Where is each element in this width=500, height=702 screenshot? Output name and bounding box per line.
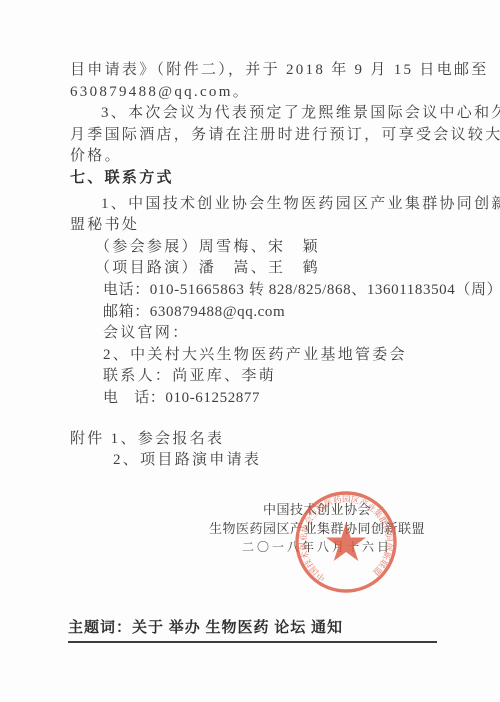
contact1-roadshow-contacts: （项目路演）潘 嵩、王 鹤 (70, 258, 435, 280)
paragraph-hotels-line-3: 价格。 (70, 146, 435, 168)
contact1-org-line-1: 1、中国技术创业协会生物医药园区产业集群协同创新联 (70, 194, 435, 216)
subject-keywords-line: 主题词：关于 举办 生物医药 论坛 通知 (68, 618, 437, 643)
contact1-org-line-2: 盟秘书处 (70, 215, 435, 237)
contact2-contacts: 联系人：尚亚库、李萌 (70, 366, 435, 388)
section-heading-contact-info: 七、联系方式 (70, 168, 435, 190)
contact2-org: 2、中关村大兴生物医药产业基地管委会 (70, 345, 435, 367)
signature-org-line-1: 中国技术创业协会 (132, 500, 500, 519)
paragraph-continuation-line-1: 目申请表》（附件二），并于 2018 年 9 月 15 日电邮至 (70, 60, 435, 82)
contact1-attendee-contacts: （参会参展）周雪梅、宋 颖 (70, 237, 435, 259)
paragraph-hotels-line-2: 月季国际酒店，务请在注册时进行预订，可享受会议较大优惠 (70, 125, 435, 147)
signature-org-line-2: 生物医药园区产业集群协同创新联盟 (132, 519, 500, 538)
attachment-item-2: 2、项目路演申请表 (70, 450, 435, 472)
paragraph-continuation-line-2: 630879488@qq.com。 (70, 82, 435, 104)
attachment-item-1: 附件 1、参会报名表 (70, 429, 435, 451)
signature-date: 二〇一八年八月十六日 (132, 538, 500, 557)
attachments-list: 附件 1、参会报名表 2、项目路演申请表 (70, 429, 435, 472)
contact1-phone: 电话：010-51665863 转 828/825/868、1360118350… (70, 280, 435, 302)
paragraph-hotels-line-1: 3、本次会议为代表预定了龙熙维景国际会议中心和久峰 (70, 103, 435, 125)
contact1-email: 邮箱：630879488@qq.com (70, 302, 435, 324)
signature-block: 中国技术创业协会 生物医药园区产业集群协同创新联盟 二〇一八年八月十六日 (132, 500, 500, 557)
contact2-phone: 电 话：010-61252877 (70, 388, 435, 410)
document-body: 目申请表》（附件二），并于 2018 年 9 月 15 日电邮至 6308794… (70, 60, 435, 472)
contact1-website-label: 会议官网： (70, 323, 435, 345)
document-page: 目申请表》（附件二），并于 2018 年 9 月 15 日电邮至 6308794… (0, 0, 500, 702)
